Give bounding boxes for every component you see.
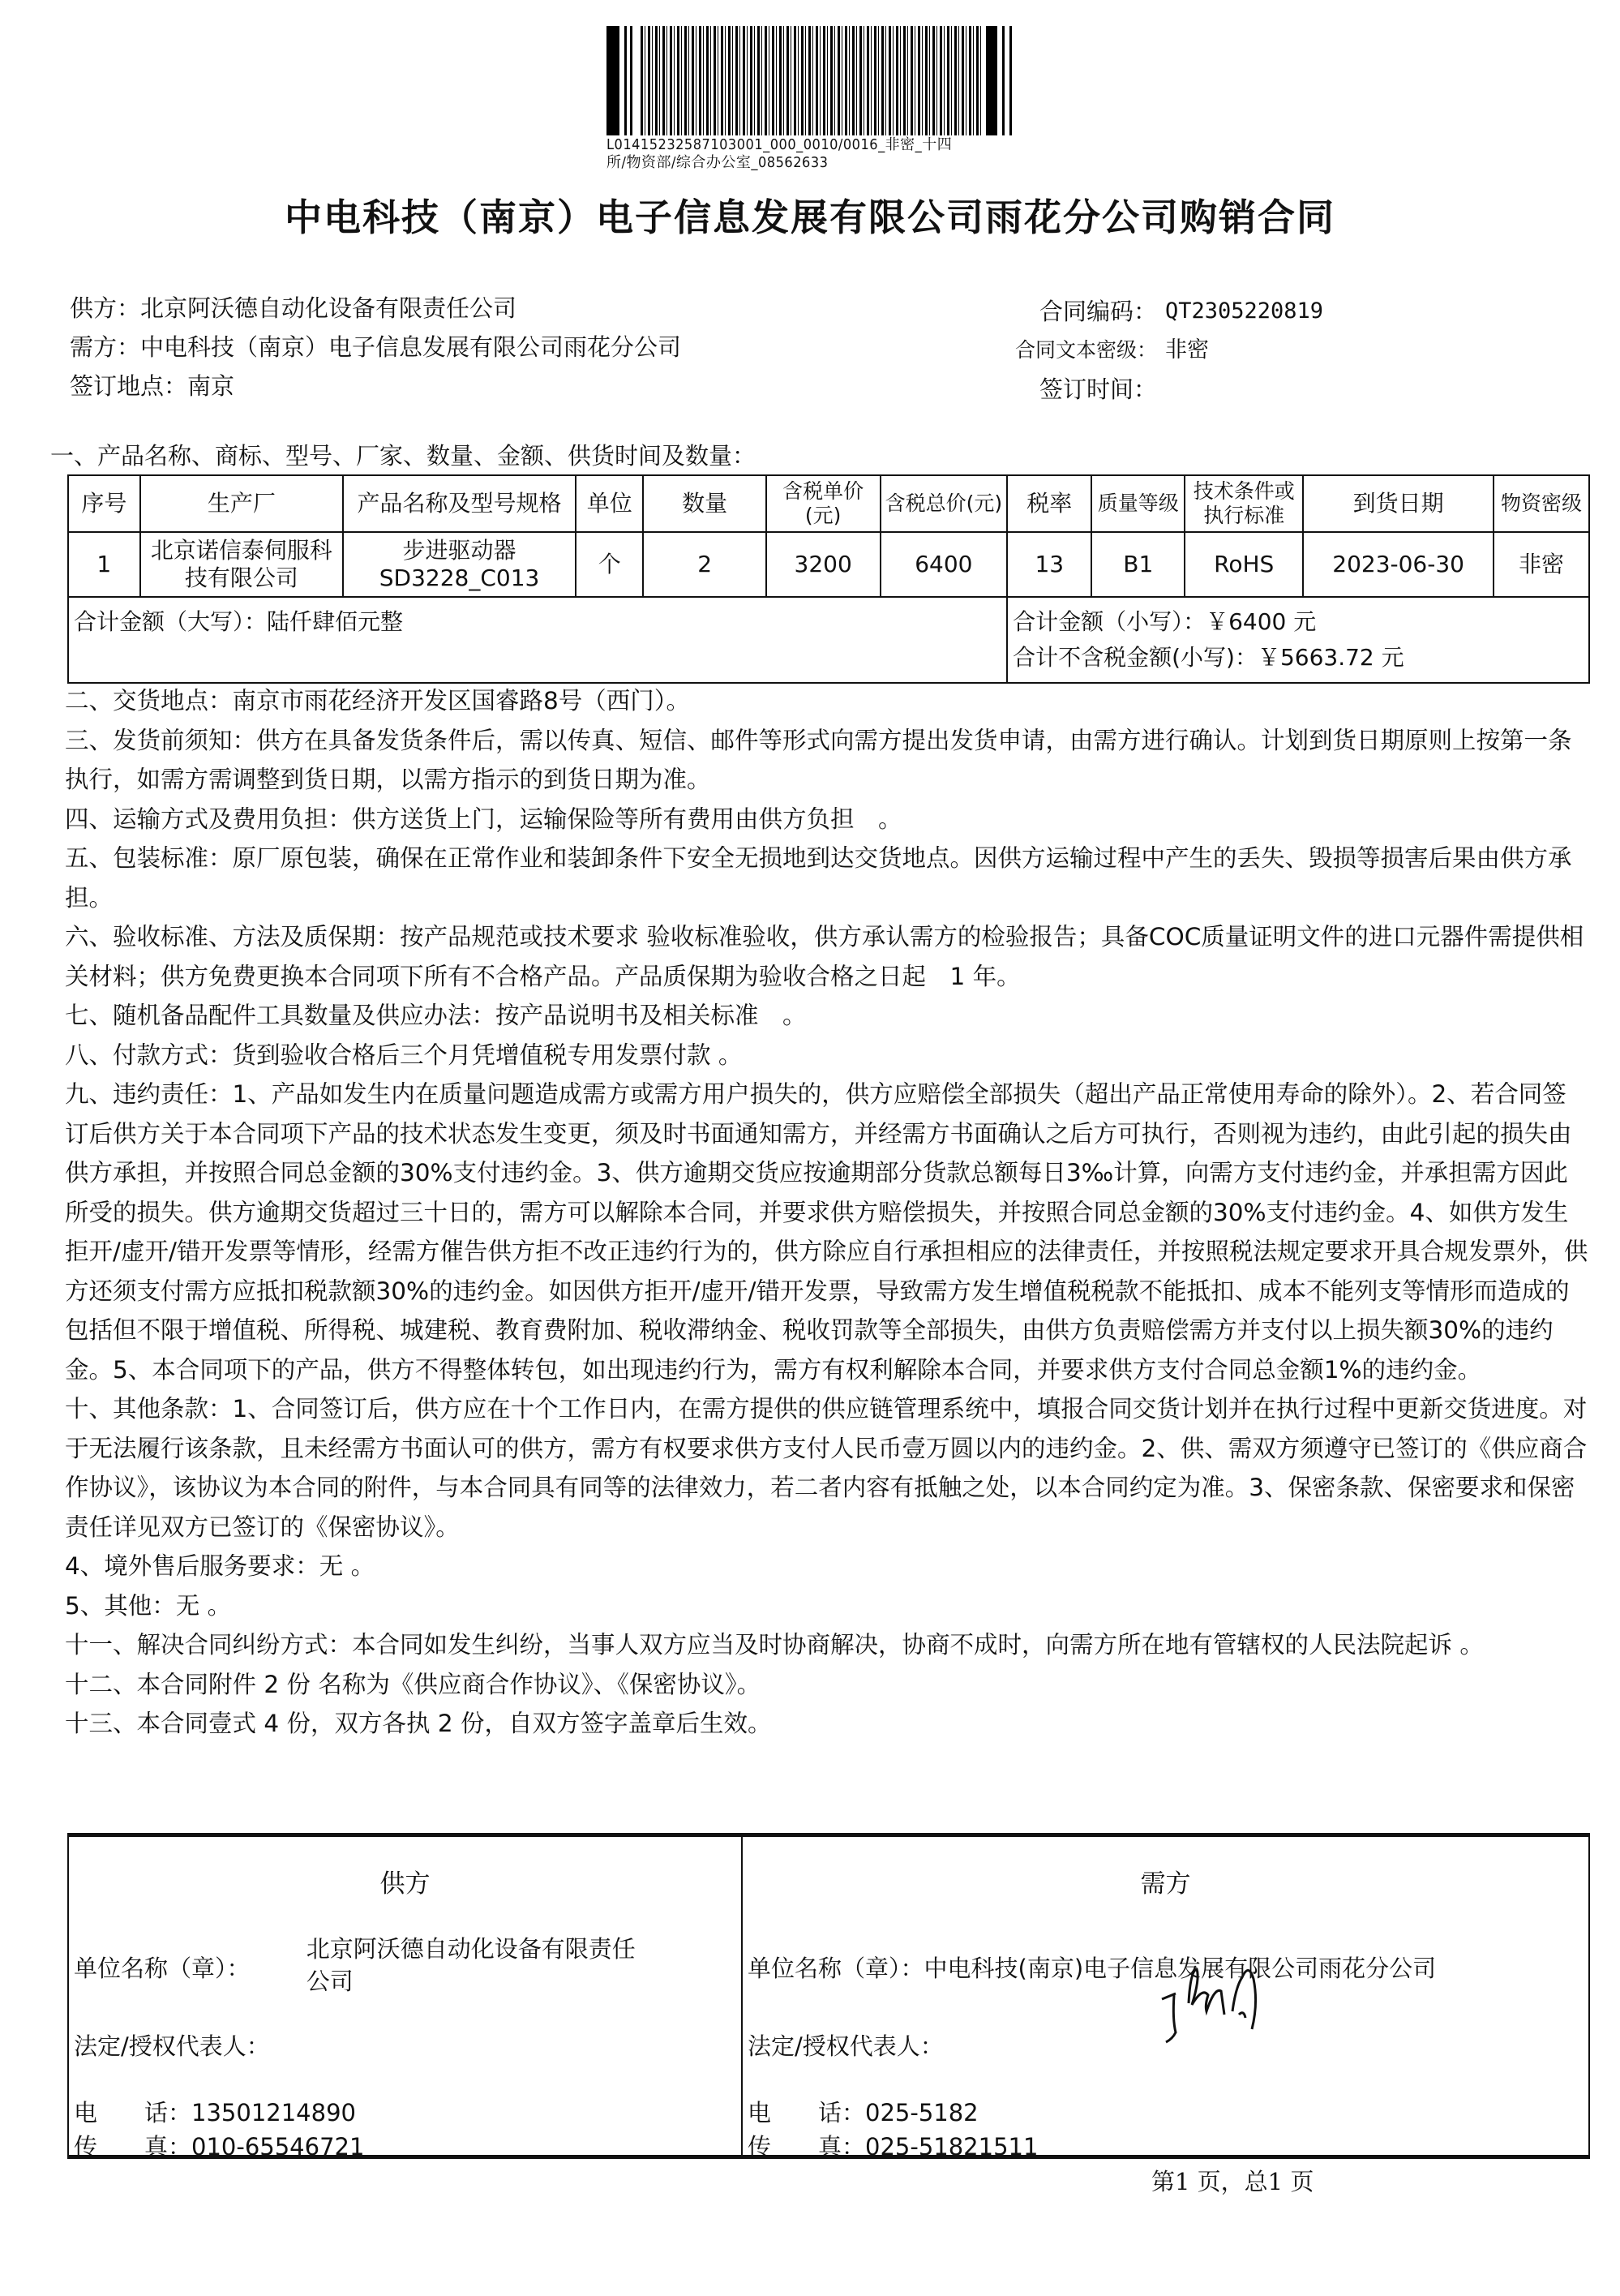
col-header-qty: 数量 [643, 475, 765, 532]
totals-row: 合计金额（大写）：陆仟肆佰元整 合计金额（小写）：￥6400 元 合计不含税金额… [68, 597, 1589, 683]
clause-8-payment: 八、付款方式：货到验收合格后三个月凭增值税专用发票付款 。 [65, 1036, 1589, 1075]
supplier-sign-name: 北京阿沃德自动化设备有限责任公司 [306, 1933, 647, 1998]
contract-no-label: 合同编码： [991, 295, 1157, 328]
buyer-label: 需方： [70, 333, 140, 361]
cell-qty: 2 [643, 532, 765, 597]
clause-2-delivery-place: 二、交货地点：南京市雨花经济开发区国睿路8号（西门）。 [65, 681, 1589, 721]
supplier-fax-line: 传 真：010-65546721 [74, 2129, 736, 2162]
buyer-name: 中电科技（南京）电子信息发展有限公司雨花分公司 [140, 333, 681, 361]
items-table: 序号 生产厂 产品名称及型号规格 单位 数量 含税单价(元) 含税总价(元) 税… [67, 474, 1590, 684]
cell-no: 1 [68, 532, 140, 597]
col-header-total-price: 含税总价(元) [881, 475, 1008, 532]
supplier-party-heading: 供方 [69, 1863, 741, 1899]
clause-9-liability: 九、违约责任：1、产品如发生内在质量问题造成需方或需方用户损失的，供方应赔偿全部… [65, 1075, 1589, 1389]
col-header-product: 产品名称及型号规格 [343, 475, 576, 532]
buyer-phone-line: 电 话：025-5182 [748, 2095, 1584, 2128]
barcode-stop-bar [986, 26, 997, 135]
secrecy-label: 合同文本密级： [991, 334, 1157, 367]
barcode-thin-bar [630, 26, 632, 135]
cell-unit: 个 [576, 532, 643, 597]
sign-place-label: 签订地点： [70, 372, 187, 400]
supplier-name-label: 单位名称（章）： [74, 1951, 251, 1984]
clause-11-disputes: 十一、解决合同纠纷方式：本合同如发生纠纷，当事人双方应当及时协商解决，协商不成时… [65, 1625, 1589, 1665]
cell-tax-rate: 13 [1007, 532, 1091, 597]
barcode-thin-bar [1002, 26, 1005, 135]
supplier-phone-line: 电 话：13501214890 [74, 2095, 736, 2128]
supplier-name: 北京阿沃德自动化设备有限责任公司 [140, 294, 516, 322]
cell-standard: RoHS [1185, 532, 1303, 597]
barcode [606, 26, 1012, 135]
handwritten-signature [1158, 1955, 1263, 2044]
secrecy-value: 非密 [1165, 334, 1209, 367]
supplier-phone: 13501214890 [191, 2099, 356, 2126]
buyer-fax-line: 传 真：025-51821511 [748, 2129, 1584, 2162]
barcode-thin-bar [624, 26, 627, 135]
sign-time-line: 签订时间： [991, 370, 1323, 409]
supplier-rep-label: 法定/授权代表人： [74, 2028, 736, 2062]
buyer-line: 需方：中电科技（南京）电子信息发展有限公司雨花分公司 [70, 331, 681, 370]
col-header-standard: 技术条件或执行标准 [1185, 475, 1303, 532]
buyer-party-heading: 需方 [743, 1863, 1588, 1899]
buyer-phone: 025-5182 [865, 2099, 979, 2126]
col-header-no: 序号 [68, 475, 140, 532]
clause-10-4-overseas-service: 4、境外售后服务要求：无 。 [65, 1547, 1589, 1586]
col-header-unit-price: 含税单价(元) [766, 475, 881, 532]
table-row: 1 北京诺信泰伺服科技有限公司 步进驱动器 SD3228_C013 个 2 32… [68, 532, 1589, 597]
barcode-line-2: 所/物资部/综合办公室_08562633 [606, 154, 952, 172]
cell-unit-price: 3200 [766, 532, 881, 597]
clause-10-5-other: 5、其他：无 。 [65, 1586, 1589, 1626]
cell-total-price: 6400 [881, 532, 1008, 597]
barcode-line-1: L01415232587103001_000_0010/0016_非密_十四 [606, 136, 952, 154]
supplier-name-line: 单位名称（章）： 北京阿沃德自动化设备有限责任公司 [74, 1933, 736, 1998]
header-parties: 供方：北京阿沃德自动化设备有限责任公司 需方：中电科技（南京）电子信息发展有限公… [70, 292, 681, 409]
sign-time-label: 签订时间： [991, 373, 1157, 406]
total-upper: 合计金额（大写）：陆仟肆佰元整 [68, 597, 1007, 683]
clause-6-acceptance: 六、验收标准、方法及质保期：按产品规范或技术要求 验收标准验收，供方承认需方的检… [65, 917, 1589, 996]
supplier-label: 供方： [70, 294, 140, 322]
col-header-unit: 单位 [576, 475, 643, 532]
col-header-manufacturer: 生产厂 [140, 475, 343, 532]
col-header-quality-grade: 质量等级 [1091, 475, 1185, 532]
document-title: 中电科技（南京）电子信息发展有限公司雨花分公司购销合同 [0, 188, 1620, 242]
buyer-fax: 025-51821511 [865, 2133, 1038, 2161]
col-header-tax-rate: 税率 [1007, 475, 1091, 532]
clause-12-attachments: 十二、本合同附件 2 份 名称为《供应商合作协议》、《保密协议》。 [65, 1665, 1589, 1705]
cell-delivery-date: 2023-06-30 [1303, 532, 1494, 597]
col-header-delivery-date: 到货日期 [1303, 475, 1494, 532]
clause-13-copies: 十三、本合同壹式 4 份，双方各执 2 份，自双方签字盖章后生效。 [65, 1704, 1589, 1744]
clause-4-transport: 四、运输方式及费用负担：供方送货上门，运输保险等所有费用由供方负担 。 [65, 800, 1589, 839]
barcode-start-bar [606, 26, 619, 135]
cell-secrecy: 非密 [1494, 532, 1589, 597]
secrecy-line: 合同文本密级： 非密 [991, 331, 1323, 370]
buyer-phone-label: 电 话： [748, 2099, 865, 2126]
clause-7-spare-parts: 七、随机备品配件工具数量及供应办法：按产品说明书及相关标准 。 [65, 996, 1589, 1036]
signature-table: 供方 单位名称（章）： 北京阿沃德自动化设备有限责任公司 法定/授权代表人： 电… [67, 1833, 1590, 2159]
supplier-fax-label: 传 真： [74, 2133, 191, 2161]
clause-10-other-terms: 十、其他条款：1、合同签订后，供方应在十个工作日内，在需方提供的供应链管理系统中… [65, 1389, 1589, 1547]
buyer-name-label: 单位名称（章）： [748, 1955, 924, 1982]
section-1-title: 一、产品名称、商标、型号、厂家、数量、金额、供货时间及数量： [50, 438, 756, 471]
total-excl-tax: 合计不含税金额(小写)：￥5663.72 元 [1013, 640, 1584, 676]
page-number: 第1 页，总1 页 [1151, 2164, 1314, 2197]
barcode-thin-bar [1009, 26, 1012, 135]
supplier-fax: 010-65546721 [191, 2133, 364, 2161]
supplier-sign-column: 供方 单位名称（章）： 北京阿沃德自动化设备有限责任公司 法定/授权代表人： 电… [68, 1835, 742, 2157]
contract-no: QT2305220819 [1165, 295, 1323, 328]
header-meta: 合同编码： QT2305220819 合同文本密级： 非密 签订时间： [991, 292, 1323, 409]
supplier-line: 供方：北京阿沃德自动化设备有限责任公司 [70, 292, 681, 331]
clause-3-pre-delivery: 三、发货前须知：供方在具备发货条件后，需以传真、短信、邮件等形式向需方提出发货申… [65, 721, 1589, 800]
sign-place-line: 签订地点：南京 [70, 370, 681, 409]
cell-quality-grade: B1 [1091, 532, 1185, 597]
col-header-secrecy: 物资密级 [1494, 475, 1589, 532]
sign-place: 南京 [187, 372, 234, 400]
barcode-caption: L01415232587103001_000_0010/0016_非密_十四 所… [606, 136, 952, 172]
cell-manufacturer: 北京诺信泰伺服科技有限公司 [140, 532, 343, 597]
totals-lower-cell: 合计金额（小写）：￥6400 元 合计不含税金额(小写)：￥5663.72 元 [1007, 597, 1589, 683]
clause-5-packaging: 五、包装标准：原厂原包装，确保在正常作业和装卸条件下安全无损地到达交货地点。因供… [65, 839, 1589, 917]
cell-product: 步进驱动器 SD3228_C013 [343, 532, 576, 597]
buyer-fax-label: 传 真： [748, 2133, 865, 2161]
contract-no-line: 合同编码： QT2305220819 [991, 292, 1323, 331]
contract-clauses: 二、交货地点：南京市雨花经济开发区国睿路8号（西门）。 三、发货前须知：供方在具… [65, 681, 1589, 1744]
supplier-phone-label: 电 话： [74, 2099, 191, 2126]
total-lower: 合计金额（小写）：￥6400 元 [1013, 604, 1584, 640]
barcode-pattern [641, 26, 981, 135]
items-header-row: 序号 生产厂 产品名称及型号规格 单位 数量 含税单价(元) 含税总价(元) 税… [68, 475, 1589, 532]
